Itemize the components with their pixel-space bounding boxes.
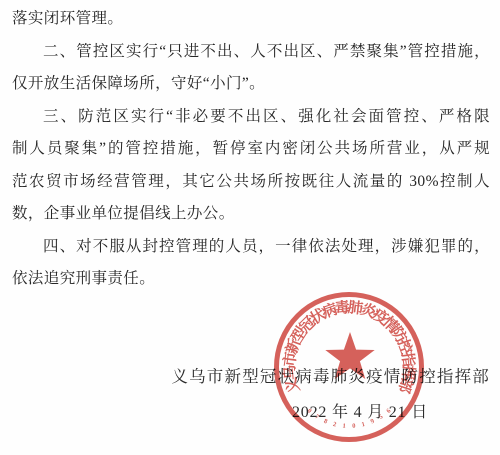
signature-line: 义乌市新型冠状病毒肺炎疫情防控指挥部 — [0, 360, 490, 393]
text-line: 范农贸市场经营管理，其它公共场所按既往人流量的 30%控制人 — [12, 166, 490, 199]
svg-text:冠: 冠 — [296, 314, 319, 337]
svg-text:毒: 毒 — [334, 299, 351, 318]
svg-text:肺: 肺 — [347, 298, 364, 318]
svg-text:新: 新 — [282, 336, 304, 356]
svg-text:病: 病 — [319, 300, 340, 322]
text-line: 二、管控区实行“只进不出、人不出区、严禁聚集”管控措施， — [12, 36, 490, 69]
svg-text:控: 控 — [393, 335, 415, 356]
text-line: 制人员聚集”的管控措施，暂停室内密闭公共场所营业，从严规 — [12, 133, 490, 166]
text-line: 落实闭环管理。 — [12, 3, 490, 36]
text-line: 依法追究刑事责任。 — [12, 263, 490, 296]
document-page: 落实闭环管理。二、管控区实行“只进不出、人不出区、严禁聚集”管控措施，仅开放生活… — [0, 0, 500, 455]
text-line: 四、对不服从封控管理的人员，一律依法处理，涉嫌犯罪的， — [12, 231, 490, 264]
svg-text:型: 型 — [287, 324, 310, 346]
svg-text:疫: 疫 — [368, 304, 391, 328]
svg-text:状: 状 — [307, 306, 329, 328]
svg-text:炎: 炎 — [358, 301, 379, 322]
svg-text:防: 防 — [387, 324, 410, 346]
text-line: 三、防范区实行“非必要不出区、强化社会面管控、严格限 — [12, 101, 490, 134]
text-line: 仅开放生活保障场所，守好“小门”。 — [12, 68, 490, 101]
text-line: 数，企事业单位提倡线上办公。 — [12, 198, 490, 231]
document-body: 落实闭环管理。二、管控区实行“只进不出、人不出区、严禁聚集”管控措施，仅开放生活… — [12, 3, 490, 296]
date-line: 2022 年 4 月 21 日 — [0, 396, 428, 429]
svg-text:情: 情 — [378, 313, 401, 336]
